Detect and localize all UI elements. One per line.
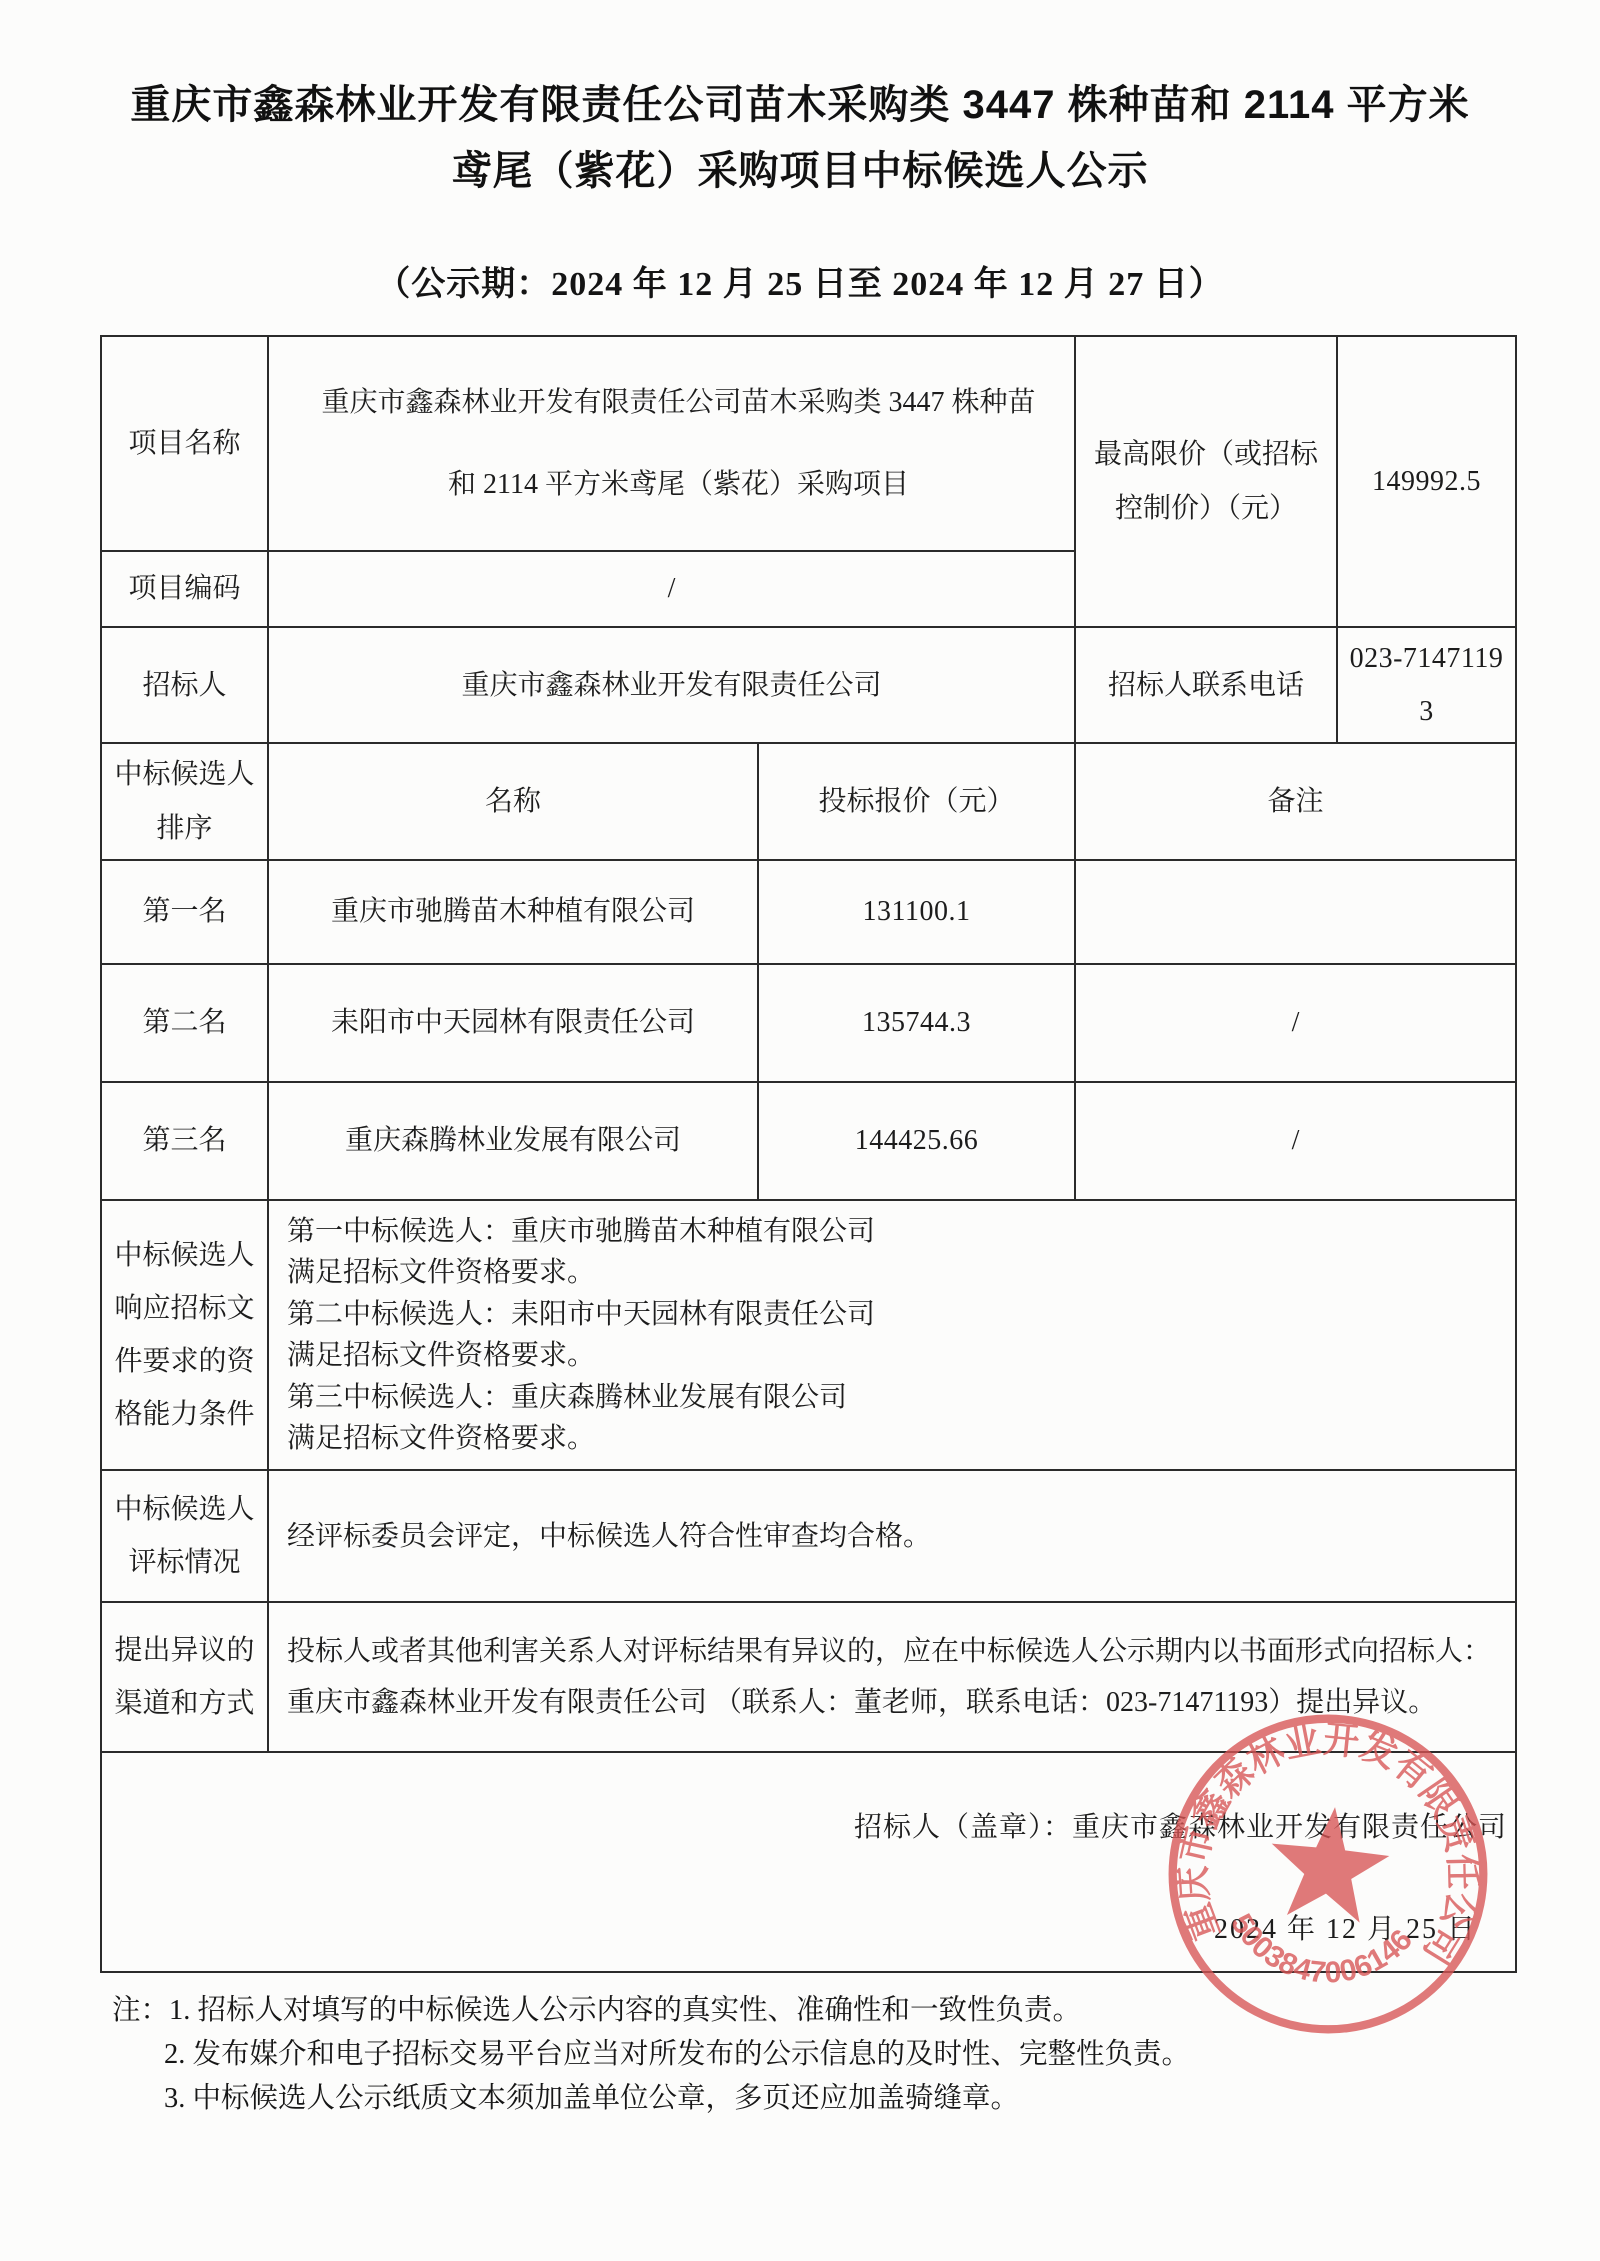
candidate-rank: 第一名 — [101, 860, 268, 964]
candidate-row-1: 第一名 重庆市驰腾苗木种植有限公司 131100.1 — [101, 860, 1516, 964]
project-name-value-line2: 和 2114 平方米鸢尾（紫花）采购项目 — [279, 444, 1064, 525]
qualification-line: 第三中标候选人：重庆森腾林业发展有限公司 — [287, 1377, 1511, 1418]
tenderer-label: 招标人 — [101, 627, 268, 743]
candidate-row-3: 第三名 重庆森腾林业发展有限公司 144425.66 / — [101, 1082, 1516, 1200]
qualification-value: 第一中标候选人：重庆市驰腾苗木种植有限公司 满足招标文件资格要求。 第二中标候选… — [268, 1200, 1516, 1471]
candidate-remark: / — [1075, 1082, 1516, 1200]
candidate-price: 131100.1 — [758, 860, 1075, 964]
objection-value: 投标人或者其他利害关系人对评标结果有异议的，应在中标候选人公示期内以书面形式向招… — [268, 1602, 1516, 1752]
table-row: 项目名称 重庆市鑫森林业开发有限责任公司苗木采购类 3447 株种苗 和 211… — [101, 336, 1516, 551]
signature-row: 招标人（盖章）：重庆市鑫森林业开发有限责任公司 2024 年 12 月 25 日 — [101, 1752, 1516, 1972]
candidate-remark — [1075, 860, 1516, 964]
qualification-label: 中标候选人响应招标文件要求的资格能力条件 — [101, 1200, 268, 1471]
candidate-price: 144425.66 — [758, 1082, 1075, 1200]
note-item-2: 2. 发布媒介和电子招标交易平台应当对所发布的公示信息的及时性、完整性负责。 — [112, 2033, 1600, 2077]
objection-label: 提出异议的渠道和方式 — [101, 1602, 268, 1752]
tenderer-phone-label: 招标人联系电话 — [1075, 627, 1337, 743]
max-price-value: 149992.5 — [1337, 336, 1516, 627]
note-line-1: 注：1. 招标人对填写的中标候选人公示内容的真实性、准确性和一致性负责。 — [112, 1989, 1600, 2033]
candidate-name: 耒阳市中天园林有限责任公司 — [268, 964, 758, 1082]
candidate-header-row: 中标候选人排序 名称 投标报价（元） 备注 — [101, 743, 1516, 859]
publicity-period-subtitle: （公示期：2024 年 12 月 25 日至 2024 年 12 月 27 日） — [0, 256, 1600, 305]
document-title-line2: 鸢尾（紫花）采购项目中标候选人公示 — [0, 138, 1600, 204]
rank-header: 中标候选人排序 — [101, 743, 268, 859]
remark-header: 备注 — [1075, 743, 1516, 859]
table-row: 招标人 重庆市鑫森林业开发有限责任公司 招标人联系电话 023-71471193 — [101, 627, 1516, 743]
candidate-rank: 第二名 — [101, 964, 268, 1082]
candidate-rank: 第三名 — [101, 1082, 268, 1200]
announcement-table: 项目名称 重庆市鑫森林业开发有限责任公司苗木采购类 3447 株种苗 和 211… — [100, 335, 1517, 1973]
project-code-label: 项目编码 — [101, 551, 268, 627]
qualification-line: 满足招标文件资格要求。 — [287, 1252, 1511, 1293]
name-header: 名称 — [268, 743, 758, 859]
qualification-line: 第一中标候选人：重庆市驰腾苗木种植有限公司 — [287, 1211, 1511, 1252]
title-block: 重庆市鑫森林业开发有限责任公司苗木采购类 3447 株种苗和 2114 平方米 … — [0, 0, 1600, 305]
candidate-name: 重庆森腾林业发展有限公司 — [268, 1082, 758, 1200]
footnotes: 注：1. 招标人对填写的中标候选人公示内容的真实性、准确性和一致性负责。 2. … — [112, 1989, 1600, 2121]
project-name-value-line1: 重庆市鑫森林业开发有限责任公司苗木采购类 3447 株种苗 — [279, 362, 1064, 443]
project-code-value: / — [268, 551, 1075, 627]
project-name-label: 项目名称 — [101, 336, 268, 551]
objection-row: 提出异议的渠道和方式 投标人或者其他利害关系人对评标结果有异议的，应在中标候选人… — [101, 1602, 1516, 1752]
tenderer-phone-value: 023-71471193 — [1337, 627, 1516, 743]
note-item-3: 3. 中标候选人公示纸质文本须加盖单位公章，多页还应加盖骑缝章。 — [112, 2077, 1600, 2121]
announcement-date: 2024 年 12 月 25 日 — [102, 1903, 1477, 1956]
candidate-name: 重庆市驰腾苗木种植有限公司 — [268, 860, 758, 964]
qualification-line: 第二中标候选人：耒阳市中天园林有限责任公司 — [287, 1294, 1511, 1335]
evaluation-row: 中标候选人评标情况 经评标委员会评定，中标候选人符合性审查均合格。 — [101, 1470, 1516, 1602]
signature-cell: 招标人（盖章）：重庆市鑫森林业开发有限责任公司 2024 年 12 月 25 日 — [101, 1752, 1516, 1972]
tenderer-value: 重庆市鑫森林业开发有限责任公司 — [268, 627, 1075, 743]
price-header: 投标报价（元） — [758, 743, 1075, 859]
qualification-line: 满足招标文件资格要求。 — [287, 1418, 1511, 1459]
qualification-line: 满足招标文件资格要求。 — [287, 1335, 1511, 1376]
candidate-remark: / — [1075, 964, 1516, 1082]
candidate-row-2: 第二名 耒阳市中天园林有限责任公司 135744.3 / — [101, 964, 1516, 1082]
document-page: 重庆市鑫森林业开发有限责任公司苗木采购类 3447 株种苗和 2114 平方米 … — [0, 0, 1600, 2261]
project-name-value: 重庆市鑫森林业开发有限责任公司苗木采购类 3447 株种苗 和 2114 平方米… — [268, 336, 1075, 551]
note-prefix: 注： — [112, 1995, 169, 2026]
max-price-label: 最高限价（或招标控制价）（元） — [1075, 336, 1337, 627]
tenderer-seal-line: 招标人（盖章）：重庆市鑫森林业开发有限责任公司 — [102, 1801, 1507, 1854]
note-item-1: 1. 招标人对填写的中标候选人公示内容的真实性、准确性和一致性负责。 — [169, 1995, 1081, 2026]
document-title-line1: 重庆市鑫森林业开发有限责任公司苗木采购类 3447 株种苗和 2114 平方米 — [0, 72, 1600, 138]
qualification-row: 中标候选人响应招标文件要求的资格能力条件 第一中标候选人：重庆市驰腾苗木种植有限… — [101, 1200, 1516, 1471]
candidate-price: 135744.3 — [758, 964, 1075, 1082]
evaluation-label: 中标候选人评标情况 — [101, 1470, 268, 1602]
evaluation-value: 经评标委员会评定，中标候选人符合性审查均合格。 — [268, 1470, 1516, 1602]
